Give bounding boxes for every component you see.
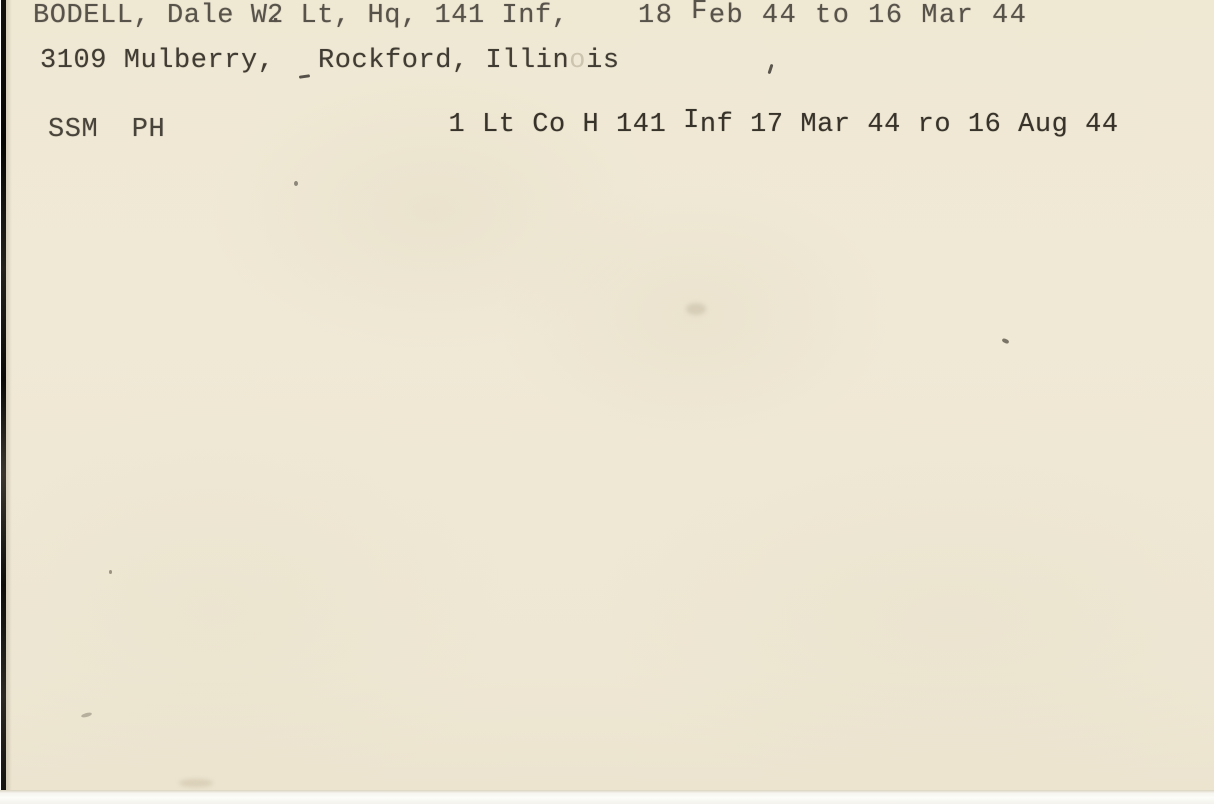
service-dates-1-raised-letter: F	[691, 0, 709, 27]
index-card: BODELL, Dale W. 2 Lt, Hq, 141 Inf, 18 Fe…	[3, 0, 1214, 790]
rank-unit: 2 Lt, Hq, 141 Inf,	[267, 0, 569, 32]
service-dates-1-post: eb 44 to 16 Mar 44	[709, 1, 1028, 31]
paper-smudge	[179, 779, 213, 787]
scan-left-edge	[1, 0, 6, 791]
service-line-2-part2: nf 17 Mar 44 ro 16 Aug 44	[700, 110, 1119, 140]
awards-line: SSM PH	[48, 114, 165, 146]
soldier-name: BODELL, Dale W.	[33, 0, 284, 32]
paper-smudge	[686, 303, 706, 315]
city-state-faded-letter: o	[569, 46, 586, 76]
city-state: Rockford, Illinois	[318, 45, 620, 77]
service-dates-1-pre: 18	[638, 1, 691, 31]
service-line-2-raised-letter: I	[683, 106, 700, 136]
service-line-2-part1: 1 Lt Co H 141	[449, 110, 684, 140]
city-state-part1: Rockford, Illin	[318, 46, 569, 76]
ink-speck	[294, 181, 298, 186]
service-line-2: 1 Lt Co H 141 Inf 17 Mar 44 ro 16 Aug 44	[348, 77, 1119, 173]
service-dates-1: 18 Feb 44 to 16 Mar 44	[638, 0, 1027, 32]
city-state-part2: is	[586, 46, 620, 76]
scanned-card-page: BODELL, Dale W. 2 Lt, Hq, 141 Inf, 18 Fe…	[0, 0, 1214, 804]
ink-speck	[81, 712, 93, 719]
scan-bottom-edge	[0, 790, 1214, 804]
ink-speck	[1001, 338, 1009, 345]
street-address: 3109 Mulberry,	[40, 45, 275, 77]
ink-speck	[109, 570, 112, 574]
